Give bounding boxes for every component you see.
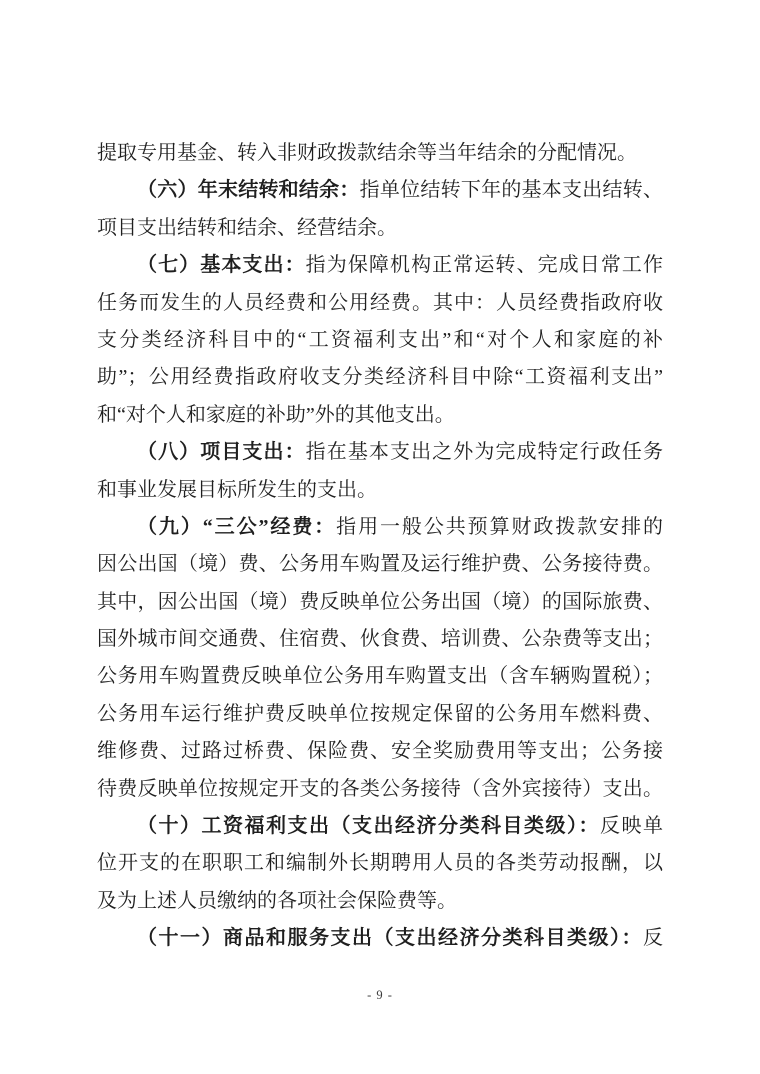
text-line: 公务用车购置费反映单位公务用车购置支出（含车辆购置税）； [97,658,663,695]
text-segment: 及为上述人员缴纳的各项社会保险费等。 [97,890,457,912]
text-line: 及为上述人员缴纳的各项社会保险费等。 [97,883,663,920]
text-line: 支分类经济科目中的“工资福利支出”和“对个人和家庭的补 [97,322,663,359]
text-line: （九）“三公”经费：指用一般公共预算财政拨款安排的 [97,509,663,546]
text-segment: 指单位结转下年的基本支出结转、 [360,179,663,201]
section-heading: （十）工资福利支出（支出经济分类科目类级）： [137,815,600,837]
text-line: 其中，因公出国（境）费反映单位公务出国（境）的国际旅费、 [97,584,663,621]
page-footer: - 9 - [0,988,760,1003]
text-segment: 待费反映单位按规定开支的各类公务接待（含外宾接待）支出。 [97,778,663,800]
text-line: 助”；公用经费指政府收支分类经济科目中除“工资福利支出” [97,359,663,396]
text-line: 待费反映单位按规定开支的各类公务接待（含外宾接待）支出。 [97,771,663,808]
section-heading: （九）“三公”经费： [137,516,336,538]
section-heading: （十一）商品和服务支出（支出经济分类科目类级）： [137,927,643,949]
text-segment: 支分类经济科目中的“工资福利支出”和“对个人和家庭的补 [97,329,663,351]
section-heading: （六）年末结转和结余： [137,179,360,201]
text-segment: 反 [643,927,663,949]
text-segment: 和“对个人和家庭的补助”外的其他支出。 [97,404,455,426]
section-heading: （七）基本支出： [137,254,306,276]
text-segment: 提取专用基金、转入非财政拨款结余等当年结余的分配情况。 [97,142,637,164]
text-line: （十一）商品和服务支出（支出经济分类科目类级）：反 [97,920,663,957]
text-segment: 指为保障机构正常运转、完成日常工作 [306,254,663,276]
text-segment: 维修费、过路过桥费、保险费、安全奖励费用等支出；公务接 [97,740,663,762]
text-line: 和“对个人和家庭的补助”外的其他支出。 [97,397,663,434]
text-line: 项目支出结转和结余、经营结余。 [97,210,663,247]
text-segment: 其中，因公出国（境）费反映单位公务出国（境）的国际旅费、 [97,591,663,613]
text-segment: 反映单 [600,815,663,837]
text-line: （六）年末结转和结余：指单位结转下年的基本支出结转、 [97,172,663,209]
text-line: 和事业发展目标所发生的支出。 [97,472,663,509]
text-line: 公务用车运行维护费反映单位按规定保留的公务用车燃料费、 [97,696,663,733]
page-number: - 9 - [367,988,393,1002]
document-page: 提取专用基金、转入非财政拨款结余等当年结余的分配情况。（六）年末结转和结余：指单… [0,0,760,1074]
text-segment: 助”；公用经费指政府收支分类经济科目中除“工资福利支出” [97,366,663,388]
text-line: 位开支的在职职工和编制外长期聘用人员的各类劳动报酬，以 [97,845,663,882]
document-body: 提取专用基金、转入非财政拨款结余等当年结余的分配情况。（六）年末结转和结余：指单… [97,135,663,958]
text-line: 维修费、过路过桥费、保险费、安全奖励费用等支出；公务接 [97,733,663,770]
text-segment: 因公出国（境）费、公务用车购置及运行维护费、公务接待费。 [97,553,663,575]
text-line: （七）基本支出：指为保障机构正常运转、完成日常工作 [97,247,663,284]
text-line: 提取专用基金、转入非财政拨款结余等当年结余的分配情况。 [97,135,663,172]
text-line: （十）工资福利支出（支出经济分类科目类级）：反映单 [97,808,663,845]
text-segment: 公务用车运行维护费反映单位按规定保留的公务用车燃料费、 [97,703,663,725]
text-line: 因公出国（境）费、公务用车购置及运行维护费、公务接待费。 [97,546,663,583]
text-segment: 指用一般公共预算财政拨款安排的 [336,516,663,538]
text-segment: 任务而发生的人员经费和公用经费。其中：人员经费指政府收 [97,292,663,314]
text-segment: 位开支的在职职工和编制外长期聘用人员的各类劳动报酬，以 [97,852,663,874]
text-line: 国外城市间交通费、住宿费、伙食费、培训费、公杂费等支出； [97,621,663,658]
text-segment: 项目支出结转和结余、经营结余。 [97,217,397,239]
section-heading: （八）项目支出： [137,441,306,463]
text-line: 任务而发生的人员经费和公用经费。其中：人员经费指政府收 [97,285,663,322]
text-segment: 和事业发展目标所发生的支出。 [97,479,377,501]
text-segment: 公务用车购置费反映单位公务用车购置支出（含车辆购置税）； [97,665,663,687]
text-line: （八）项目支出：指在基本支出之外为完成特定行政任务 [97,434,663,471]
text-segment: 指在基本支出之外为完成特定行政任务 [306,441,663,463]
text-segment: 国外城市间交通费、住宿费、伙食费、培训费、公杂费等支出； [97,628,663,650]
